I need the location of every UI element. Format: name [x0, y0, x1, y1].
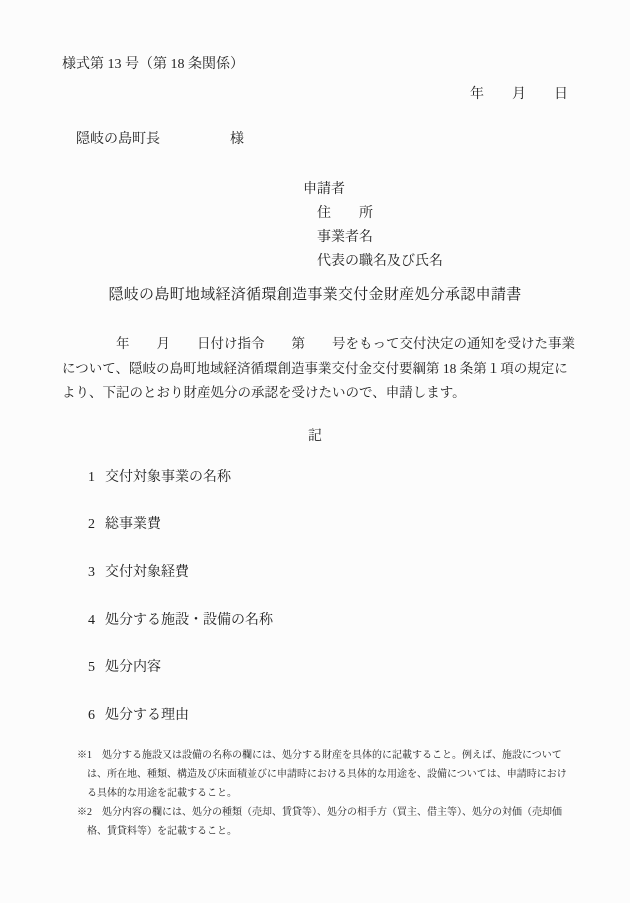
- applicant-field-representative: 代表の職名及び氏名: [317, 250, 443, 274]
- footnote-1-line: は、所在地、種類、構造及び床面積並びに申請時における具体的な用途を、設備について…: [77, 765, 568, 784]
- applicant-field-business-name: 事業者名: [317, 226, 443, 250]
- footnote-2-line: 格、賃貸料等）を記載すること。: [77, 822, 568, 841]
- list-item: 1交付対象事業の名称: [88, 468, 231, 488]
- applicant-field-address: 住 所: [317, 202, 443, 226]
- record-heading: 記: [0, 427, 630, 447]
- item-label: 処分する理由: [105, 708, 189, 723]
- date-blank-line: 年 月 日: [470, 85, 568, 105]
- item-label: 総事業費: [105, 517, 161, 532]
- item-number: 2: [88, 515, 105, 535]
- list-item: 3交付対象経費: [88, 563, 189, 583]
- item-label: 処分内容: [105, 660, 161, 675]
- body-line: 年 月 日付け指令 第 号をもって交付決定の通知を受けた事業: [62, 332, 568, 357]
- addressee-line: 隠岐の島町長様: [76, 130, 244, 150]
- footnote-2-line: ※2 処分内容の欄には、処分の種類（売却、賃貸等）、処分の相手方（買主、借主等）…: [77, 803, 568, 822]
- item-number: 4: [88, 611, 105, 631]
- applicant-block: 申請者 住 所 事業者名 代表の職名及び氏名: [303, 178, 443, 274]
- addressee-honorific: 様: [230, 132, 244, 147]
- list-item: 6処分する理由: [88, 706, 189, 726]
- document-page: 様式第 13 号（第 18 条関係） 年 月 日 隠岐の島町長様 申請者 住 所…: [0, 0, 630, 903]
- footnotes-block: ※1 処分する施設又は設備の名称の欄には、処分する財産を具体的に記載すること。例…: [77, 746, 568, 841]
- footnote-1-line: る具体的な用途を記載すること。: [77, 784, 568, 803]
- list-item: 2総事業費: [88, 515, 161, 535]
- item-number: 5: [88, 658, 105, 678]
- item-number: 6: [88, 706, 105, 726]
- form-number: 様式第 13 号（第 18 条関係）: [62, 55, 244, 75]
- list-item: 4処分する施設・設備の名称: [88, 611, 273, 631]
- body-line: より、下記のとおり財産処分の承認を受けたいので、申請します。: [62, 381, 568, 406]
- item-label: 交付対象事業の名称: [105, 470, 231, 485]
- footnote-1-line: ※1 処分する施設又は設備の名称の欄には、処分する財産を具体的に記載すること。例…: [77, 746, 568, 765]
- applicant-fields: 住 所 事業者名 代表の職名及び氏名: [317, 202, 443, 274]
- body-paragraph: 年 月 日付け指令 第 号をもって交付決定の通知を受けた事業 について、隠岐の島…: [62, 332, 568, 406]
- item-number: 1: [88, 468, 105, 488]
- document-title: 隠岐の島町地域経済循環創造事業交付金財産処分承認申請書: [0, 284, 630, 306]
- addressee-name: 隠岐の島町長: [76, 132, 160, 147]
- applicant-heading: 申請者: [303, 178, 443, 202]
- item-label: 交付対象経費: [105, 565, 189, 580]
- item-label: 処分する施設・設備の名称: [105, 613, 273, 628]
- list-item: 5処分内容: [88, 658, 161, 678]
- body-line: について、隠岐の島町地域経済循環創造事業交付金交付要綱第 18 条第１項の規定に: [62, 357, 568, 382]
- item-number: 3: [88, 563, 105, 583]
